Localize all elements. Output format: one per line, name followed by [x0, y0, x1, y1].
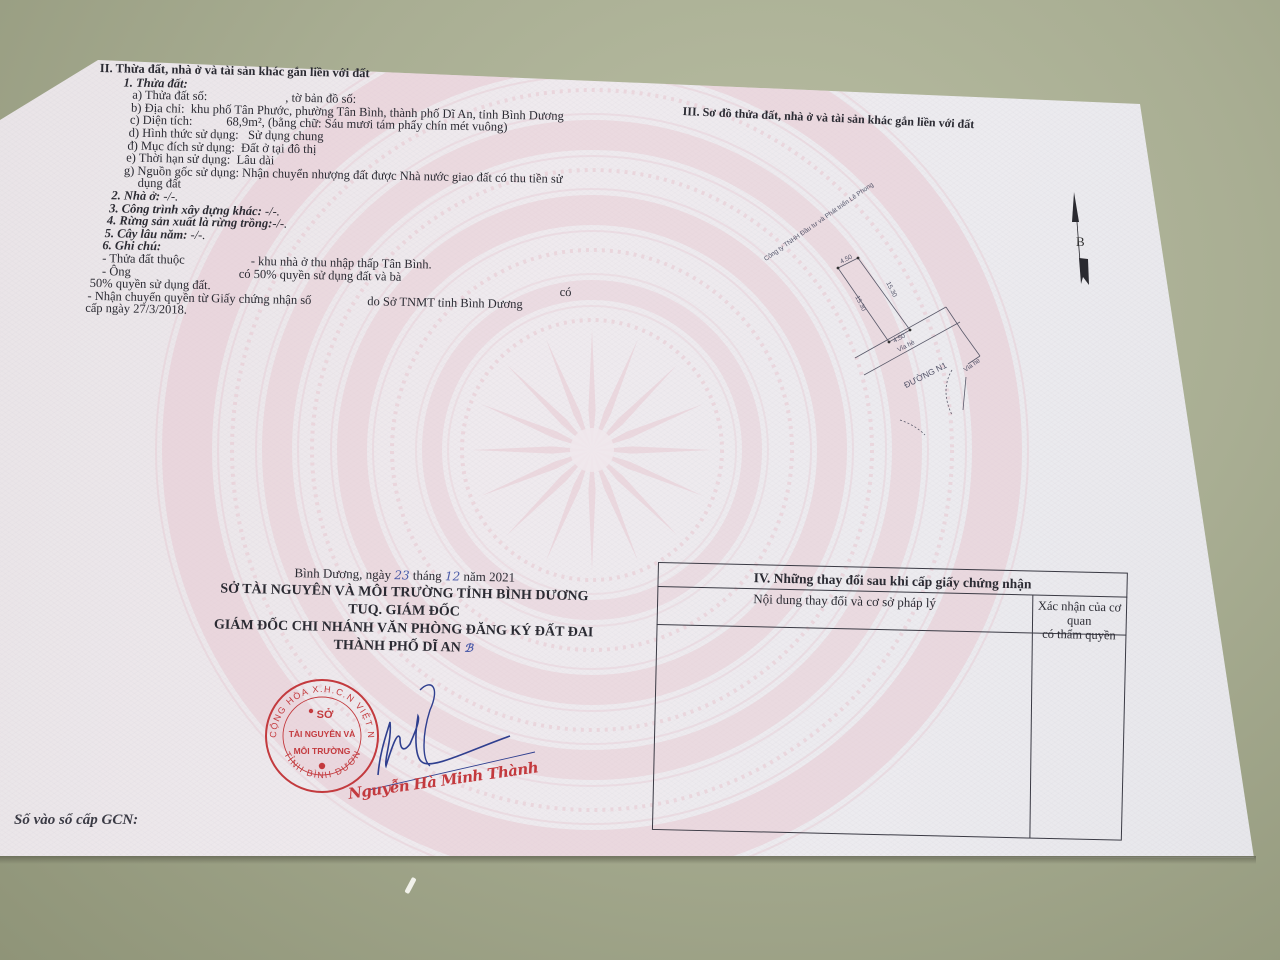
- date-day: 23: [394, 568, 410, 582]
- svg-text:SỞ: SỞ: [317, 708, 334, 721]
- date-prefix: Bình Dương, ngày: [294, 565, 391, 582]
- date-month: 12: [445, 569, 461, 583]
- north-label: B: [1076, 234, 1085, 250]
- registry-number-label: Số vào sổ cấp GCN:: [14, 812, 138, 829]
- year-label: năm 2021: [463, 569, 515, 585]
- col-change-content: Nội dung thay đổi và cơ sở pháp lý: [657, 586, 1033, 632]
- signature-block: Bình Dương, ngày 23 tháng 12 năm 2021 SỞ…: [193, 562, 615, 661]
- col-authority-confirmation: Xác nhận của cơ quan có thẩm quyền: [1031, 595, 1127, 635]
- svg-text:MÔI TRƯỜNG: MÔI TRƯỜNG: [294, 745, 351, 756]
- month-label: tháng: [413, 568, 442, 584]
- svg-text:TÀI NGUYÊN VÀ: TÀI NGUYÊN VÀ: [289, 728, 356, 739]
- changes-table: IV. Những thay đổi sau khi cấp giấy chứn…: [652, 562, 1128, 841]
